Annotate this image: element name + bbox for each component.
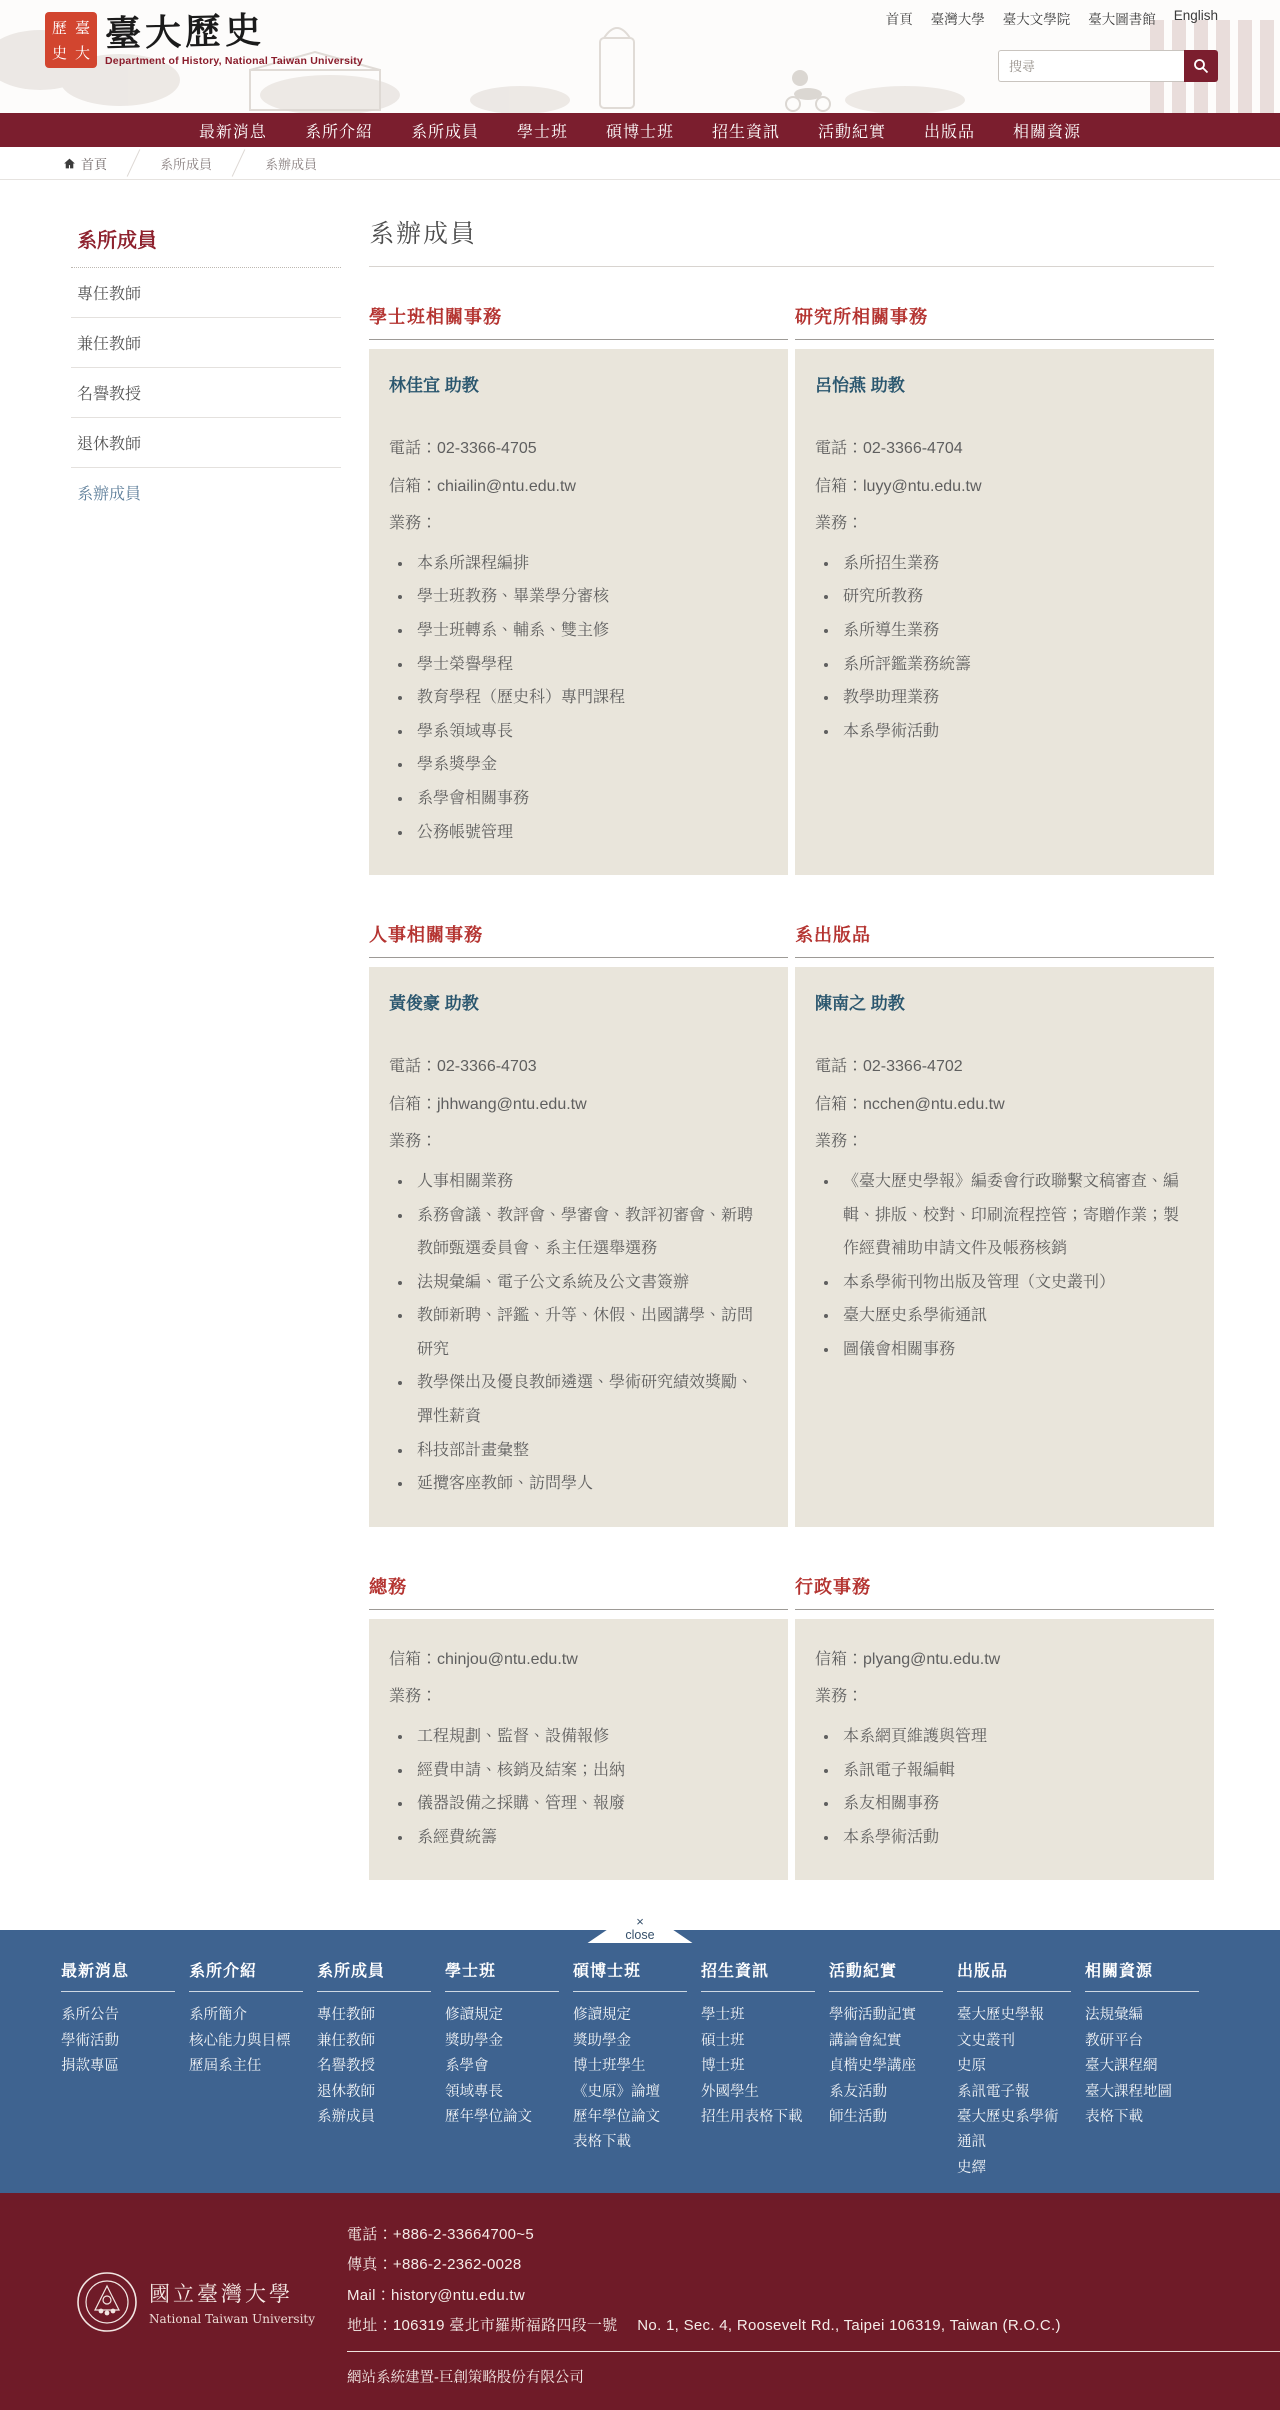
sitemap-link[interactable]: 臺大課程地圖 xyxy=(1085,2080,1199,2105)
site-header: 歷臺 史大 臺大歷史 Department of History, Nation… xyxy=(0,0,1280,113)
staff-card: 黃俊豪 助教 電話：02-3366-4703 信箱：jhhwang@ntu.ed… xyxy=(369,967,788,1527)
sitemap-link[interactable]: 獎助學金 xyxy=(445,2029,559,2054)
duty-item: 延攬客座教師、訪問學人 xyxy=(413,1467,768,1501)
footer-mail: Mail：history@ntu.edu.tw xyxy=(347,2284,1280,2307)
section-heading: 行政事務 xyxy=(795,1573,1214,1610)
sidebar: 系所成員 專任教師兼任教師名譽教授退休教師系辦成員 xyxy=(71,206,341,1880)
utility-link[interactable]: 臺灣大學 xyxy=(931,8,985,28)
duties-label: 業務： xyxy=(815,1678,1194,1716)
duties-label: 業務： xyxy=(815,1123,1194,1161)
footer-divider xyxy=(347,2351,1280,2352)
sidebar-item[interactable]: 名譽教授 xyxy=(71,368,341,418)
sitemap-column: 學士班 修讀規定獎助學金系學會領域專長歷年學位論文 xyxy=(445,1958,573,2181)
ntu-logo: 國立臺灣大學 National Taiwan University xyxy=(75,2270,325,2334)
sitemap-link[interactable]: 退休教師 xyxy=(317,2080,431,2105)
sitemap-link[interactable]: 臺大課程網 xyxy=(1085,2054,1199,2079)
section-administrative-affairs: 行政事務 信箱：plyang@ntu.edu.tw 業務： 本系網頁維護與管理系… xyxy=(795,1573,1214,1881)
breadcrumb-current: 系辦成員 xyxy=(265,154,317,173)
sitemap-link[interactable]: 學術活動 xyxy=(61,2029,175,2054)
sidebar-item[interactable]: 系辦成員 xyxy=(71,468,341,517)
sitemap-column: 系所介紹 系所簡介核心能力與目標歷屆系主任 xyxy=(189,1958,317,2181)
duty-item: 《臺大歷史學報》編委會行政聯繫文稿審查、編輯、排版、校對、印刷流程控管；寄贈作業… xyxy=(839,1165,1194,1266)
sidebar-item[interactable]: 專任教師 xyxy=(71,268,341,318)
duties-list: 《臺大歷史學報》編委會行政聯繫文稿審查、編輯、排版、校對、印刷流程控管；寄贈作業… xyxy=(839,1165,1194,1367)
sitemap-column: 相關資源 法規彙編教研平台臺大課程網臺大課程地圖表格下載 xyxy=(1085,1958,1213,2181)
staff-card: 林佳宜 助教 電話：02-3366-4705 信箱：chiailin@ntu.e… xyxy=(369,349,788,875)
sitemap-link[interactable]: 系學會 xyxy=(445,2054,559,2079)
ntu-subtitle: National Taiwan University xyxy=(149,2312,315,2326)
staff-phone: 電話：02-3366-4705 xyxy=(389,430,768,468)
duties-list: 本系網頁維護與管理系訊電子報編輯系友相關事務本系學術活動 xyxy=(839,1720,1194,1854)
sitemap-link[interactable]: 表格下載 xyxy=(1085,2105,1199,2130)
content-area: 系所成員 專任教師兼任教師名譽教授退休教師系辦成員 系辦成員 學士班相關事務 林… xyxy=(0,180,1280,1930)
staff-phone: 電話：02-3366-4704 xyxy=(815,430,1194,468)
duty-item: 教師新聘、評鑑、升等、休假、出國講學、訪問研究 xyxy=(413,1299,768,1366)
footer-address: 地址：106319 臺北市羅斯福路四段一號 No. 1, Sec. 4, Roo… xyxy=(347,2314,1280,2337)
duty-item: 工程規劃、監督、設備報修 xyxy=(413,1720,768,1754)
sitemap-link[interactable]: 師生活動 xyxy=(829,2105,943,2130)
breadcrumb-home[interactable]: 首頁 xyxy=(63,154,107,173)
sitemap-column: 出版品 臺大歷史學報文史叢刊史原系訊電子報臺大歷史系學術通訊史繹 xyxy=(957,1958,1085,2181)
sitemap-link[interactable]: 捐款專區 xyxy=(61,2054,175,2079)
sitemap-link[interactable]: 史原 xyxy=(957,2054,1071,2079)
sitemap-link[interactable]: 學士班 xyxy=(701,2003,815,2028)
sitemap-link[interactable]: 系所簡介 xyxy=(189,2003,303,2028)
sitemap-link[interactable]: 法規彙編 xyxy=(1085,2003,1199,2028)
section-publications: 系出版品 陳南之 助教 電話：02-3366-4702 信箱：ncchen@nt… xyxy=(795,921,1214,1527)
duty-item: 系友相關事務 xyxy=(839,1787,1194,1821)
sitemap-column: 系所成員 專任教師兼任教師名譽教授退休教師系辦成員 xyxy=(317,1958,445,2181)
department-seal-icon: 歷臺 史大 xyxy=(45,12,97,68)
duty-item: 臺大歷史系學術通訊 xyxy=(839,1299,1194,1333)
nav-item[interactable]: 出版品 xyxy=(924,119,975,142)
breadcrumb-item[interactable]: 系所成員 xyxy=(160,154,212,173)
sitemap-link[interactable]: 系訊電子報 xyxy=(957,2080,1071,2105)
search-input[interactable] xyxy=(998,50,1184,82)
sitemap-link[interactable]: 貞楷史學講座 xyxy=(829,2054,943,2079)
sitemap-column-title[interactable]: 系所成員 xyxy=(317,1958,431,1992)
staff-phone: 電話：02-3366-4703 xyxy=(389,1048,768,1086)
staff-email: 信箱：jhhwang@ntu.edu.tw xyxy=(389,1086,768,1124)
sitemap-link[interactable]: 表格下載 xyxy=(573,2130,687,2155)
site-footer-contact: 國立臺灣大學 National Taiwan University 電話：+88… xyxy=(0,2193,1280,2410)
sidebar-title: 系所成員 xyxy=(71,206,341,268)
sitemap-link[interactable]: 臺大歷史系學術通訊 xyxy=(957,2105,1071,2156)
main-navigation: 最新消息系所介紹系所成員學士班碩博士班招生資訊活動紀實出版品相關資源 xyxy=(0,113,1280,147)
sitemap-link[interactable]: 講論會紀實 xyxy=(829,2029,943,2054)
sitemap-columns: 最新消息 系所公告學術活動捐款專區 系所介紹 系所簡介核心能力與目標歷屆系主任 … xyxy=(0,1930,1280,2193)
duties-label: 業務： xyxy=(815,505,1194,543)
sitemap-link[interactable]: 獎助學金 xyxy=(573,2029,687,2054)
duty-item: 學系領域專長 xyxy=(413,715,768,749)
nav-item[interactable]: 學士班 xyxy=(517,119,568,142)
duty-item: 本系學術刊物出版及管理（文史叢刊） xyxy=(839,1266,1194,1300)
staff-grid: 學士班相關事務 林佳宜 助教 電話：02-3366-4705 信箱：chiail… xyxy=(369,303,1214,1880)
sitemap-link[interactable]: 修讀規定 xyxy=(573,2003,687,2028)
duty-item: 系所導生業務 xyxy=(839,614,1194,648)
sitemap-link[interactable]: 系辦成員 xyxy=(317,2105,431,2130)
staff-email: 信箱：chiailin@ntu.edu.tw xyxy=(389,468,768,506)
staff-name: 呂怡燕 助教 xyxy=(815,371,1194,396)
main-panel: 系辦成員 學士班相關事務 林佳宜 助教 電話：02-3366-4705 信箱：c… xyxy=(369,206,1214,1880)
sitemap-column-title[interactable]: 招生資訊 xyxy=(701,1958,815,1992)
duty-item: 系所招生業務 xyxy=(839,547,1194,581)
sitemap-link[interactable]: 招生用表格下載 xyxy=(701,2105,815,2130)
sitemap-link[interactable]: 教研平台 xyxy=(1085,2029,1199,2054)
duties-list: 人事相關業務系務會議、教評會、學審會、教評初審會、新聘教師甄選委員會、系主任選舉… xyxy=(413,1165,768,1501)
sitemap-column-title[interactable]: 相關資源 xyxy=(1085,1958,1199,1992)
duty-item: 教育學程（歷史科）專門課程 xyxy=(413,681,768,715)
duty-item: 本系所課程編排 xyxy=(413,547,768,581)
page-title: 系辦成員 xyxy=(369,214,1214,250)
sitemap-link[interactable]: 名譽教授 xyxy=(317,2054,431,2079)
sitemap-link[interactable]: 博士班 xyxy=(701,2054,815,2079)
duty-item: 研究所教務 xyxy=(839,580,1194,614)
staff-card: 呂怡燕 助教 電話：02-3366-4704 信箱：luyy@ntu.edu.t… xyxy=(795,349,1214,875)
utility-link[interactable]: English xyxy=(1174,8,1218,28)
staff-email: 信箱：ncchen@ntu.edu.tw xyxy=(815,1086,1194,1124)
ntu-title: 國立臺灣大學 xyxy=(149,2278,315,2308)
sitemap-column-title[interactable]: 活動紀實 xyxy=(829,1958,943,1992)
footer-fax: 傳真：+886-2-2362-0028 xyxy=(347,2253,1280,2276)
nav-item[interactable]: 活動紀實 xyxy=(818,119,886,142)
sitemap-column: 招生資訊 學士班碩士班博士班外國學生招生用表格下載 xyxy=(701,1958,829,2181)
staff-card: 信箱：chinjou@ntu.edu.tw 業務： 工程規劃、監督、設備報修經費… xyxy=(369,1619,788,1881)
logo-title: 臺大歷史 xyxy=(105,9,364,55)
staff-name: 黃俊豪 助教 xyxy=(389,989,768,1014)
nav-item[interactable]: 招生資訊 xyxy=(712,119,780,142)
utility-link[interactable]: 臺大圖書館 xyxy=(1088,8,1156,28)
sitemap-link[interactable]: 修讀規定 xyxy=(445,2003,559,2028)
ntu-seal-icon xyxy=(75,2270,139,2334)
breadcrumb-separator xyxy=(232,149,246,177)
staff-name: 陳南之 助教 xyxy=(815,989,1194,1014)
staff-name: 林佳宜 助教 xyxy=(389,371,768,396)
sitemap-column: 最新消息 系所公告學術活動捐款專區 xyxy=(61,1958,189,2181)
breadcrumb-separator xyxy=(127,149,141,177)
sitemap-column: 活動紀實 學術活動記實講論會紀實貞楷史學講座系友活動師生活動 xyxy=(829,1958,957,2181)
breadcrumb: 首頁 系所成員 系辦成員 xyxy=(0,147,1280,180)
section-heading: 人事相關事務 xyxy=(369,921,788,958)
staff-email: 信箱：plyang@ntu.edu.tw xyxy=(815,1641,1194,1679)
duty-item: 學士班教務、畢業學分審核 xyxy=(413,580,768,614)
utility-link[interactable]: 臺大文學院 xyxy=(1003,8,1071,28)
sitemap-link[interactable]: 領域專長 xyxy=(445,2080,559,2105)
sidebar-item[interactable]: 兼任教師 xyxy=(71,318,341,368)
sitemap-link[interactable]: 專任教師 xyxy=(317,2003,431,2028)
sitemap-link[interactable]: 兼任教師 xyxy=(317,2029,431,2054)
duties-label: 業務： xyxy=(389,1678,768,1716)
section-graduate-affairs: 研究所相關事務 呂怡燕 助教 電話：02-3366-4704 信箱：luyy@n… xyxy=(795,303,1214,875)
search-box xyxy=(998,50,1218,82)
logo-subtitle: Department of History, National Taiwan U… xyxy=(105,55,363,67)
sitemap-link[interactable]: 碩士班 xyxy=(701,2029,815,2054)
sitemap-column-title[interactable]: 碩博士班 xyxy=(573,1958,687,1992)
sitemap-column: 碩博士班 修讀規定獎助學金博士班學生《史原》論壇歷年學位論文表格下載 xyxy=(573,1958,701,2181)
sitemap-link[interactable]: 《史原》論壇 xyxy=(573,2080,687,2105)
nav-item[interactable]: 系所介紹 xyxy=(305,119,373,142)
duty-item: 教學助理業務 xyxy=(839,681,1194,715)
nav-item[interactable]: 最新消息 xyxy=(199,119,267,142)
sitemap-link[interactable]: 歷年學位論文 xyxy=(445,2105,559,2130)
duty-item: 本系網頁維護與管理 xyxy=(839,1720,1194,1754)
section-general-affairs: 總務 信箱：chinjou@ntu.edu.tw 業務： 工程規劃、監督、設備報… xyxy=(369,1573,788,1881)
search-button[interactable] xyxy=(1184,50,1218,82)
duty-item: 法規彙編、電子公文系統及公文書簽辦 xyxy=(413,1266,768,1300)
sitemap-link[interactable]: 歷年學位論文 xyxy=(573,2105,687,2130)
nav-item[interactable]: 系所成員 xyxy=(411,119,479,142)
duty-item: 圖儀會相關事務 xyxy=(839,1333,1194,1367)
close-icon: × xyxy=(636,1915,644,1928)
footer-credit: 網站系統建置-巨創策略股份有限公司 xyxy=(347,2366,1280,2387)
duty-item: 學士榮譽學程 xyxy=(413,648,768,682)
section-heading: 總務 xyxy=(369,1573,788,1610)
duty-item: 系訊電子報編輯 xyxy=(839,1754,1194,1788)
close-label: close xyxy=(625,1928,654,1942)
sitemap-column-title[interactable]: 系所介紹 xyxy=(189,1958,303,1992)
staff-email: 信箱：luyy@ntu.edu.tw xyxy=(815,468,1194,506)
duty-item: 系學會相關事務 xyxy=(413,782,768,816)
duty-item: 本系學術活動 xyxy=(839,715,1194,749)
utility-link[interactable]: 首頁 xyxy=(886,8,913,28)
duty-item: 系務會議、教評會、學審會、教評初審會、新聘教師甄選委員會、系主任選舉選務 xyxy=(413,1199,768,1266)
nav-item[interactable]: 相關資源 xyxy=(1013,119,1081,142)
duties-list: 系所招生業務研究所教務系所導生業務系所評鑑業務統籌教學助理業務本系學術活動 xyxy=(839,547,1194,749)
duty-item: 人事相關業務 xyxy=(413,1165,768,1199)
duty-item: 公務帳號管理 xyxy=(413,816,768,850)
duties-label: 業務： xyxy=(389,1123,768,1161)
sitemap-link[interactable]: 系友活動 xyxy=(829,2080,943,2105)
staff-card: 信箱：plyang@ntu.edu.tw 業務： 本系網頁維護與管理系訊電子報編… xyxy=(795,1619,1214,1881)
department-logo[interactable]: 歷臺 史大 臺大歷史 Department of History, Nation… xyxy=(45,12,363,68)
sitemap-link[interactable]: 學術活動記實 xyxy=(829,2003,943,2028)
title-divider xyxy=(369,266,1214,267)
staff-card: 陳南之 助教 電話：02-3366-4702 信箱：ncchen@ntu.edu… xyxy=(795,967,1214,1527)
duty-item: 系所評鑑業務統籌 xyxy=(839,648,1194,682)
home-icon xyxy=(63,157,76,170)
footer-phone: 電話：+886-2-33664700~5 xyxy=(347,2223,1280,2246)
staff-phone: 電話：02-3366-4702 xyxy=(815,1048,1194,1086)
duties-label: 業務： xyxy=(389,505,768,543)
section-heading: 學士班相關事務 xyxy=(369,303,788,340)
section-personnel-affairs: 人事相關事務 黃俊豪 助教 電話：02-3366-4703 信箱：jhhwang… xyxy=(369,921,788,1527)
sitemap-link[interactable]: 文史叢刊 xyxy=(957,2029,1071,2054)
duties-list: 本系所課程編排學士班教務、畢業學分審核學士班轉系、輔系、雙主修學士榮譽學程教育學… xyxy=(413,547,768,849)
section-heading: 研究所相關事務 xyxy=(795,303,1214,340)
duty-item: 本系學術活動 xyxy=(839,1821,1194,1855)
duty-item: 儀器設備之採購、管理、報廢 xyxy=(413,1787,768,1821)
duty-item: 學系獎學金 xyxy=(413,748,768,782)
sitemap-column-title[interactable]: 學士班 xyxy=(445,1958,559,1992)
sitemap-link[interactable]: 博士班學生 xyxy=(573,2054,687,2079)
sitemap-link[interactable]: 史繹 xyxy=(957,2156,1071,2181)
sitemap-link[interactable]: 歷屆系主任 xyxy=(189,2054,303,2079)
sitemap-footer: × close 最新消息 系所公告學術活動捐款專區 系所介紹 系所簡介核心能力與… xyxy=(0,1930,1280,2193)
sitemap-column-title[interactable]: 最新消息 xyxy=(61,1958,175,1992)
search-icon xyxy=(1193,58,1209,74)
sitemap-link[interactable]: 臺大歷史學報 xyxy=(957,2003,1071,2028)
sitemap-column-title[interactable]: 出版品 xyxy=(957,1958,1071,1992)
section-undergraduate-affairs: 學士班相關事務 林佳宜 助教 電話：02-3366-4705 信箱：chiail… xyxy=(369,303,788,875)
sidebar-item[interactable]: 退休教師 xyxy=(71,418,341,468)
duty-item: 經費申請、核銷及結案；出納 xyxy=(413,1754,768,1788)
duty-item: 學士班轉系、輔系、雙主修 xyxy=(413,614,768,648)
sitemap-link[interactable]: 外國學生 xyxy=(701,2080,815,2105)
duties-list: 工程規劃、監督、設備報修經費申請、核銷及結案；出納儀器設備之採購、管理、報廢系經… xyxy=(413,1720,768,1854)
duty-item: 教學傑出及優良教師遴選、學術研究績效獎勵、彈性薪資 xyxy=(413,1366,768,1433)
duty-item: 系經費統籌 xyxy=(413,1821,768,1855)
sitemap-link[interactable]: 系所公告 xyxy=(61,2003,175,2028)
footer-contact-info: 電話：+886-2-33664700~5 傳真：+886-2-2362-0028… xyxy=(347,2216,1280,2387)
utility-links: 首頁臺灣大學臺大文學院臺大圖書館English xyxy=(886,8,1218,28)
sitemap-link[interactable]: 核心能力與目標 xyxy=(189,2029,303,2054)
section-heading: 系出版品 xyxy=(795,921,1214,958)
nav-item[interactable]: 碩博士班 xyxy=(606,119,674,142)
sidebar-menu: 專任教師兼任教師名譽教授退休教師系辦成員 xyxy=(71,268,341,517)
staff-email: 信箱：chinjou@ntu.edu.tw xyxy=(389,1641,768,1679)
duty-item: 科技部計畫彙整 xyxy=(413,1434,768,1468)
